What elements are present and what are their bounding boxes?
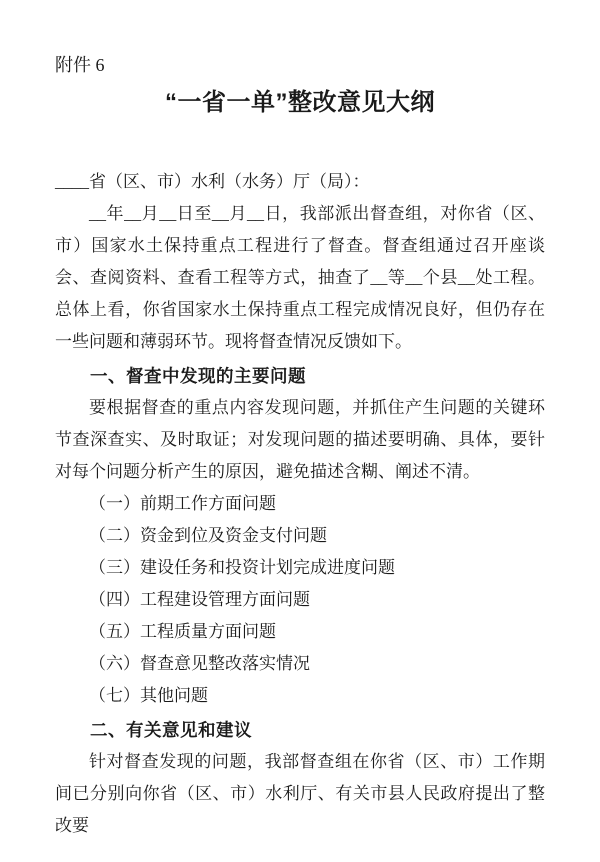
salutation-line: ____省（区、市）水利（水务）厅（局）：: [55, 166, 545, 198]
outline-item-7: （七）其他问题: [55, 680, 545, 712]
section-2-paragraph: 针对督查发现的问题，我部督查组在你省（区、市）工作期间已分别向你省（区、市）水利…: [55, 746, 545, 842]
document-page: 附件 6 “一省一单”整改意见大纲 ____省（区、市）水利（水务）厅（局）： …: [0, 0, 600, 862]
outline-item-5: （五）工程质量方面问题: [55, 616, 545, 648]
outline-item-6: （六）督查意见整改落实情况: [55, 648, 545, 680]
section-1-paragraph: 要根据督查的重点内容发现问题，并抓住产生问题的关键环节查深查实、及时取证；对发现…: [55, 392, 545, 488]
attachment-label: 附件 6: [55, 52, 545, 78]
intro-paragraph: __年__月__日至__月__日，我部派出督查组，对你省（区、市）国家水土保持重…: [55, 198, 545, 358]
outline-item-2: （二）资金到位及资金支付问题: [55, 520, 545, 552]
outline-item-1: （一）前期工作方面问题: [55, 488, 545, 520]
section-1-heading: 一、督查中发现的主要问题: [55, 360, 545, 392]
outline-item-4: （四）工程建设管理方面问题: [55, 584, 545, 616]
document-title: “一省一单”整改意见大纲: [55, 86, 545, 120]
section-2-heading: 二、有关意见和建议: [55, 714, 545, 746]
outline-item-3: （三）建设任务和投资计划完成进度问题: [55, 552, 545, 584]
